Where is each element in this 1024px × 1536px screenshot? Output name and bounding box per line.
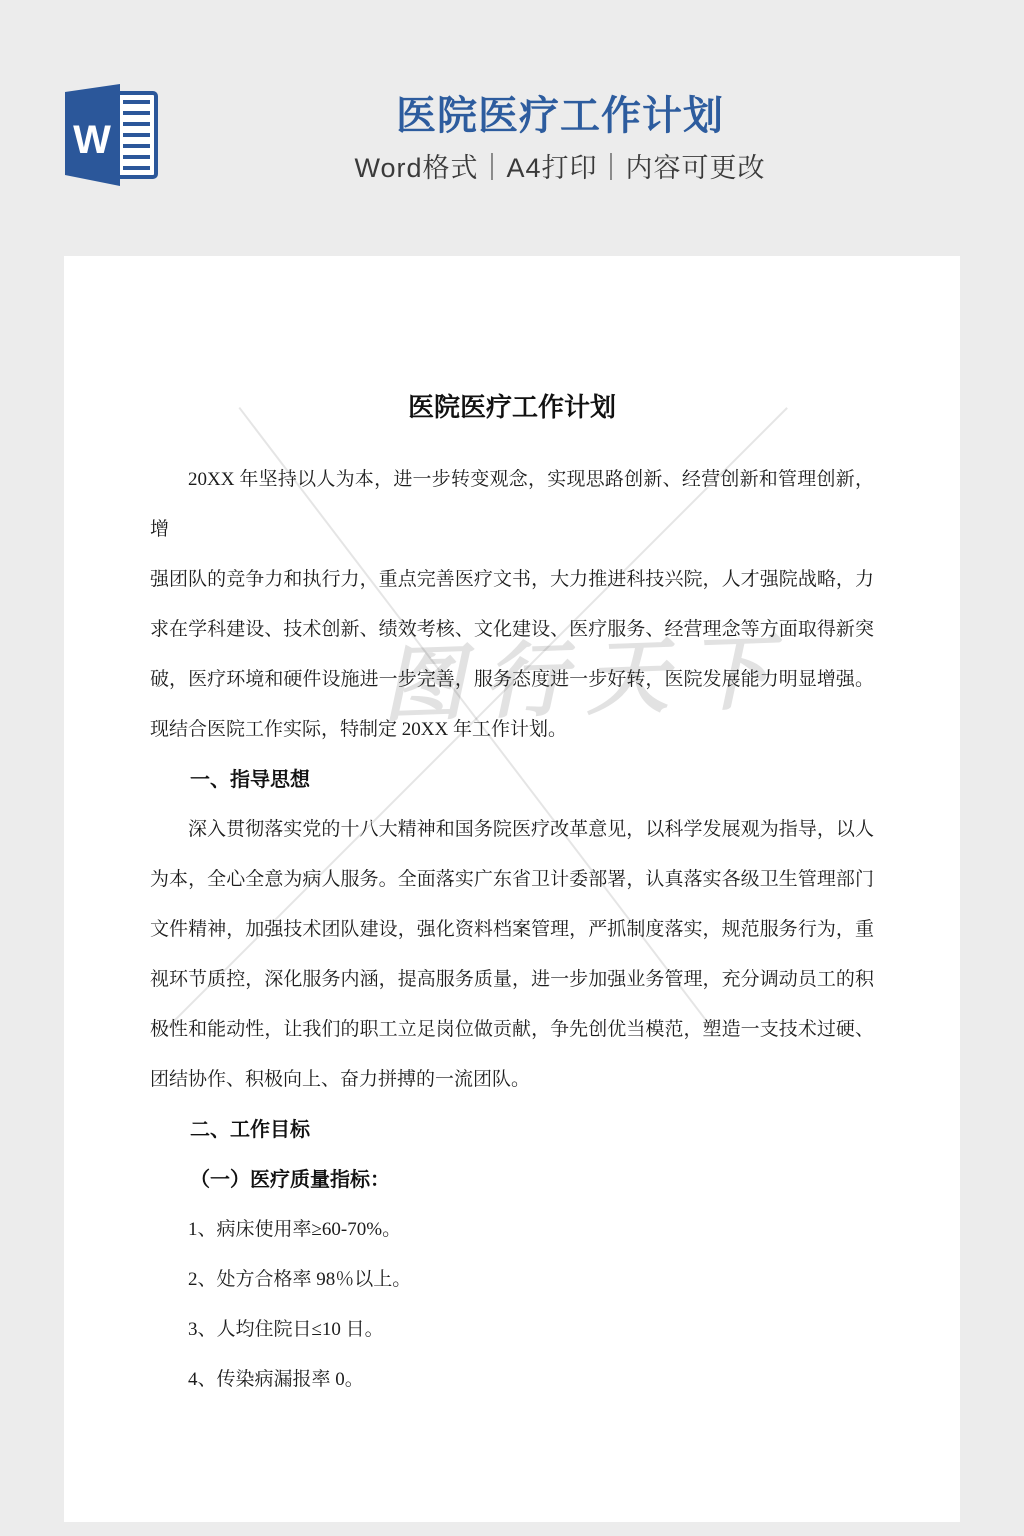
paragraph-line: 为本，全心全意为病人服务。全面落实广东省卫计委部署，认真落实各级卫生管理部门 [150,855,874,905]
document-content: 医院医疗工作计划 20XX 年坚持以人为本，进一步转变观念，实现思路创新、经营创… [64,256,960,1522]
paragraph-line: 团结协作、积极向上、奋力拼搏的一流团队。 [150,1055,874,1105]
header: 医院医疗工作计划 Word格式｜A4打印｜内容可更改 [96,92,1024,184]
section-heading-1: 一、指导思想 [150,755,874,805]
paragraph-line: 现结合医院工作实际，特制定 20XX 年工作计划。 [150,705,874,755]
list-item: 2、处方合格率 98％以上。 [150,1255,874,1305]
paragraph-line: 极性和能动性，让我们的职工立足岗位做贡献，争先创优当模范，塑造一支技术过硬、 [150,1005,874,1055]
paragraph-line: 深入贯彻落实党的十八大精神和国务院医疗改革意见，以科学发展观为指导，以人 [150,805,874,855]
paragraph-line: 20XX 年坚持以人为本，进一步转变观念，实现思路创新、经营创新和管理创新，增 [150,455,874,555]
template-subtitle: Word格式｜A4打印｜内容可更改 [96,152,1024,184]
paragraph-line: 强团队的竞争力和执行力，重点完善医疗文书，大力推进科技兴院，人才强院战略，力 [150,555,874,605]
paragraph-line: 视环节质控，深化服务内涵，提高服务质量，进一步加强业务管理，充分调动员工的积 [150,955,874,1005]
template-title: 医院医疗工作计划 [96,92,1024,140]
document-page: 图行天下 医院医疗工作计划 20XX 年坚持以人为本，进一步转变观念，实现思路创… [64,256,960,1522]
paragraph-line: 求在学科建设、技术创新、绩效考核、文化建设、医疗服务、经营理念等方面取得新突 [150,605,874,655]
template-preview-screen: W 医院医疗工作计划 Word格式｜A4打印｜内容可更改 图行天下 医院医疗工作… [0,0,1024,1536]
document-title: 医院医疗工作计划 [150,382,874,432]
section-heading-2: 二、工作目标 [150,1105,874,1155]
list-item: 1、病床使用率≥60-70%。 [150,1205,874,1255]
list-item: 4、传染病漏报率 0。 [150,1355,874,1405]
list-item: 3、人均住院日≤10 日。 [150,1305,874,1355]
sub-heading: （一）医疗质量指标： [150,1155,874,1205]
paragraph-line: 破，医疗环境和硬件设施进一步完善，服务态度进一步好转，医院发展能力明显增强。 [150,655,874,705]
paragraph-line: 文件精神，加强技术团队建设，强化资料档案管理，严抓制度落实，规范服务行为，重 [150,905,874,955]
